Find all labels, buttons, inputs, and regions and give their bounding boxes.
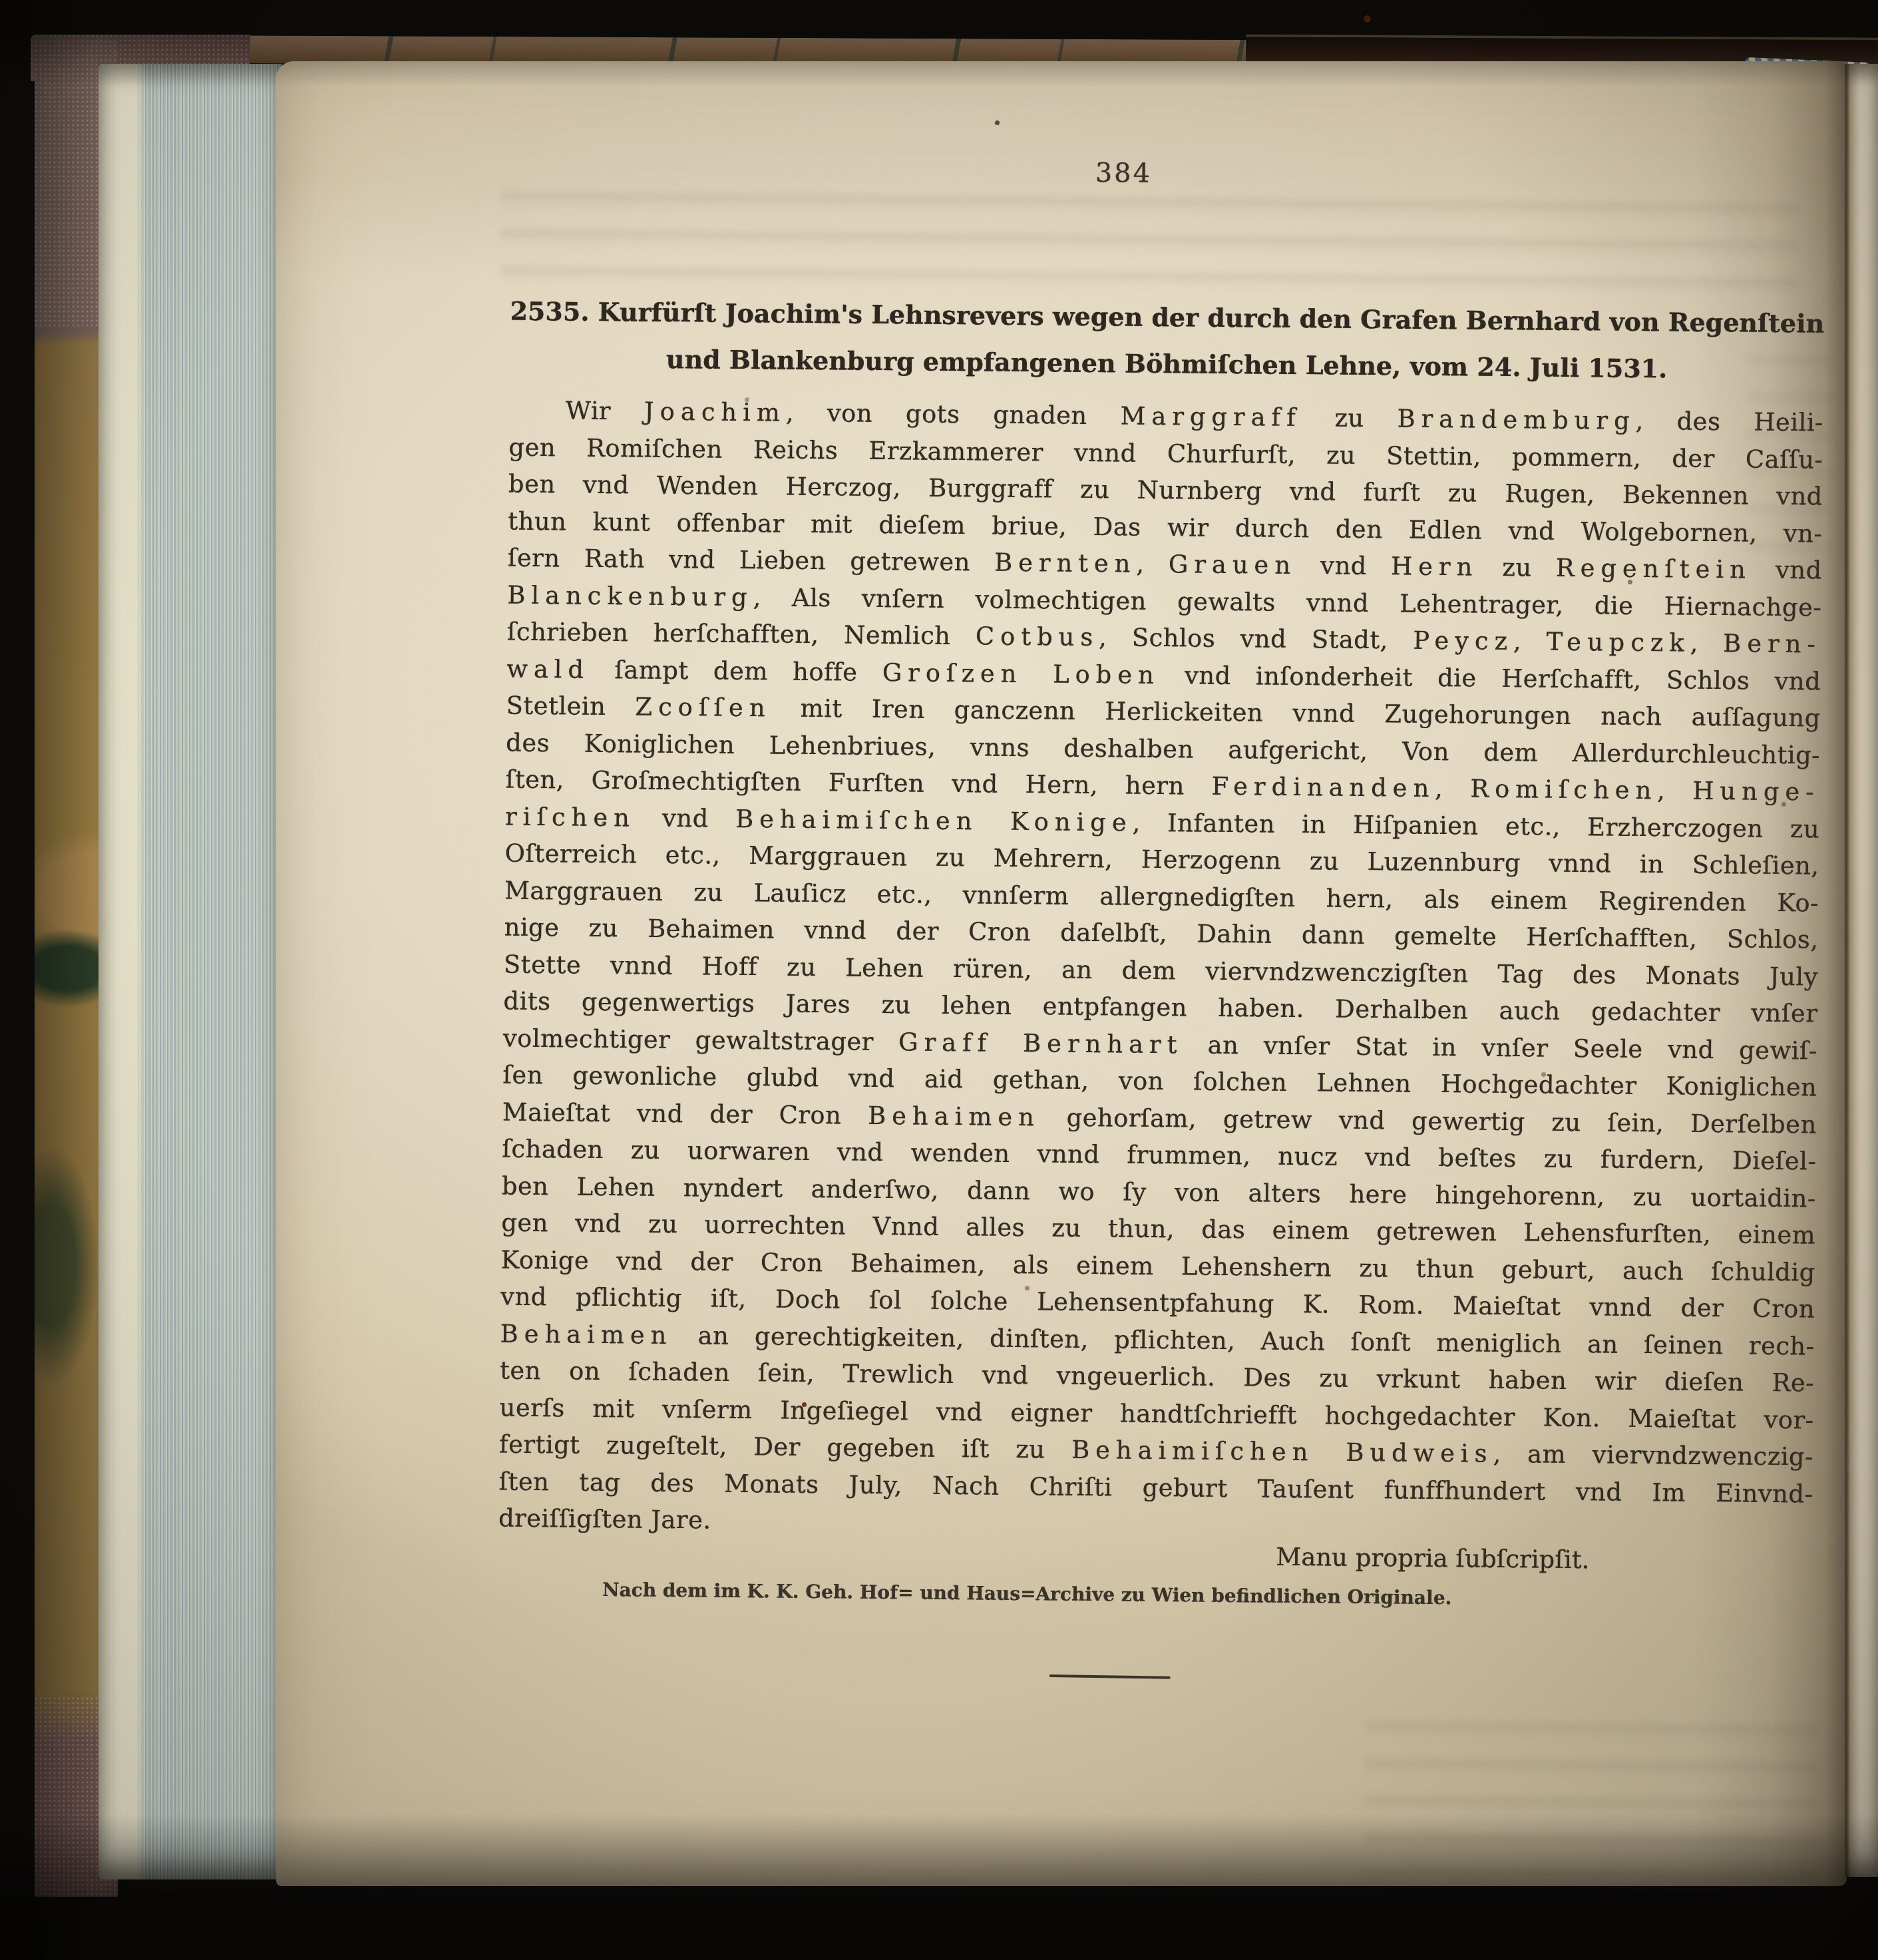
source-note: Nach dem im K. K. Geh. Hof= und Haus=Arc… (602, 1579, 1867, 1613)
book-page: 384 2535. Kurfürſt Joachim's Lehnsrevers… (276, 61, 1847, 1886)
section-divider-rule (1049, 1674, 1171, 1679)
gutter-shadow (1694, 61, 1847, 1886)
page-block-fore-edge (98, 64, 282, 1879)
next-page-sliver (1845, 64, 1878, 1877)
entry-heading: 2535. Kurfürſt Joachim's Lehnsrevers weg… (472, 288, 1861, 394)
body-text: Wir Joachim, von gots gnaden Marggraff z… (498, 392, 1823, 1549)
show-through-text-top (500, 190, 1799, 296)
page-content: 384 2535. Kurfürſt Joachim's Lehnsrevers… (259, 61, 1847, 1901)
photo-background: 384 2535. Kurfürſt Joachim's Lehnsrevers… (0, 0, 1878, 1960)
paper-specks (0, 0, 3, 3)
page-number: 384 (511, 152, 1736, 195)
